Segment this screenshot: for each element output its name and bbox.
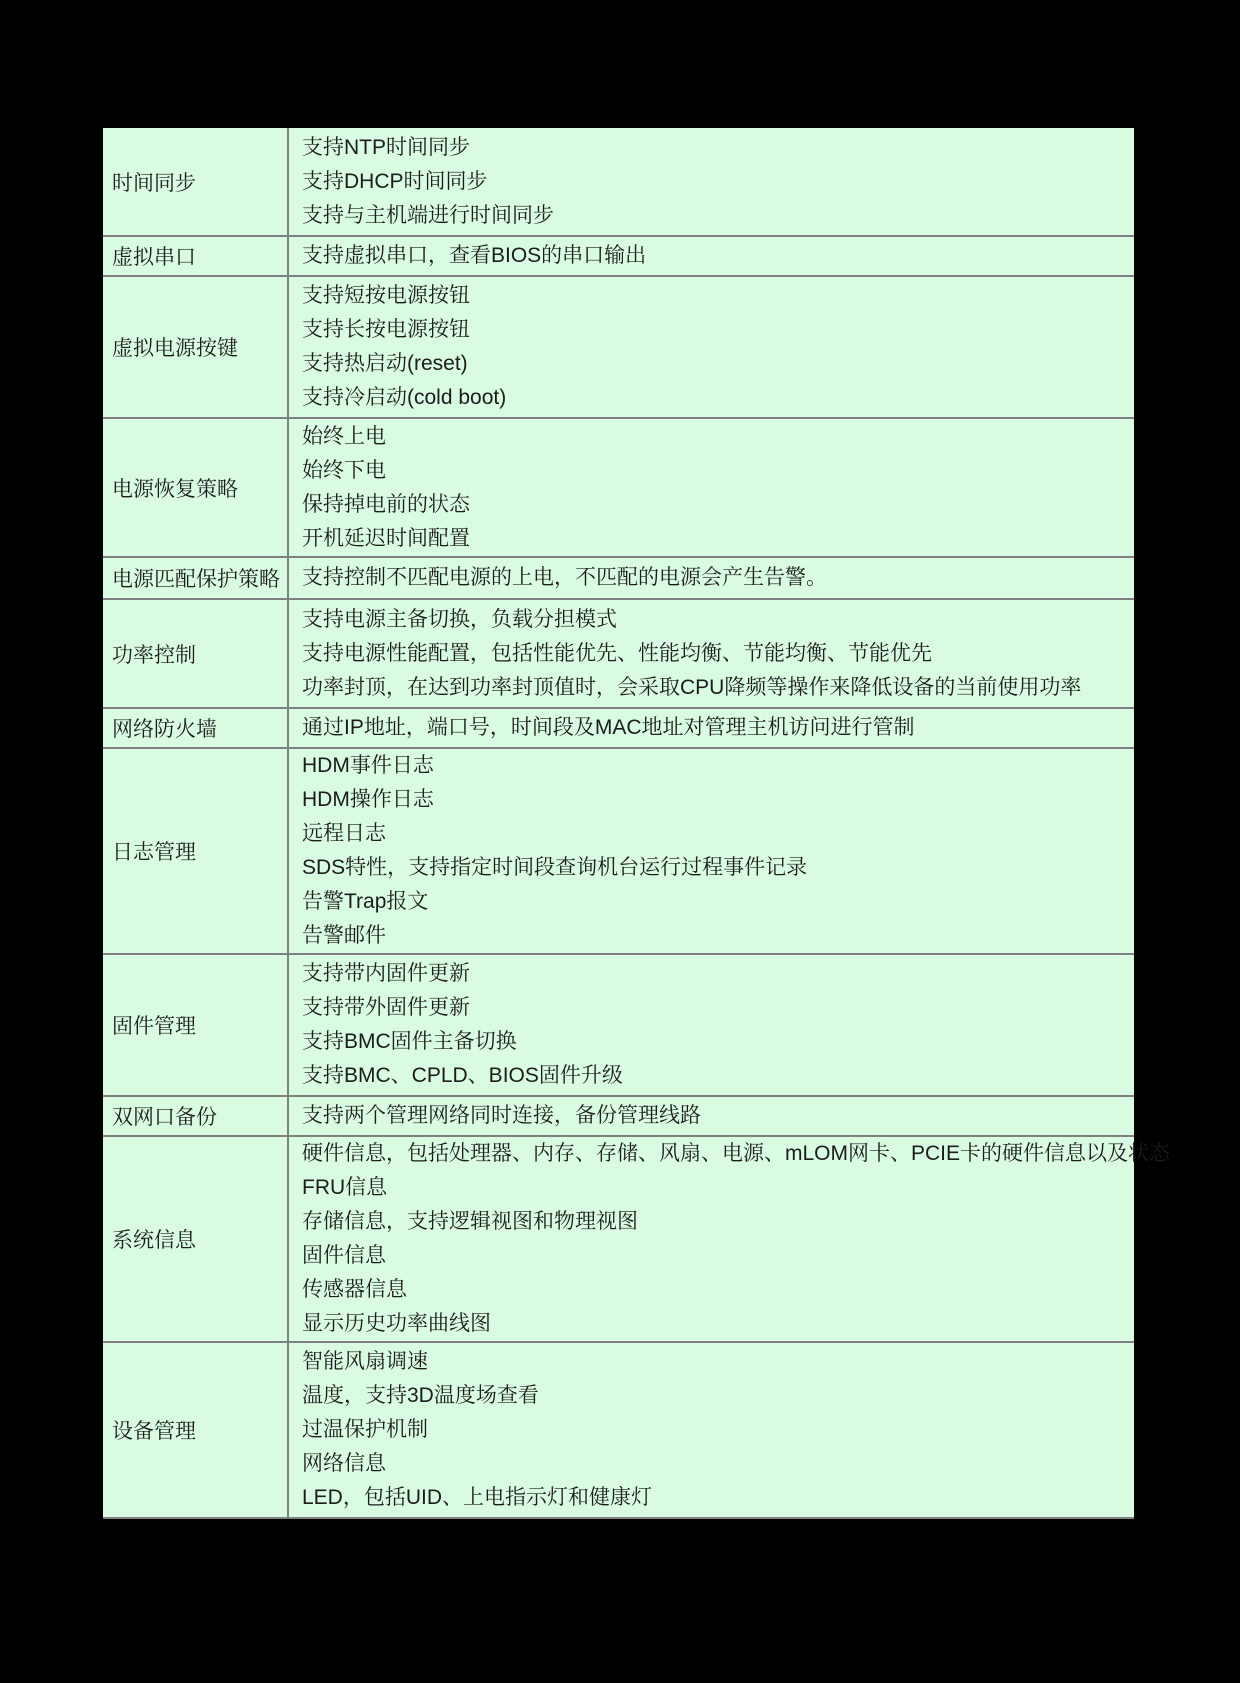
table-row: 时间同步 支持NTP时间同步支持DHCP时间同步支持与主机端进行时间同步 (103, 128, 1134, 237)
table-row: 系统信息 硬件信息，包括处理器、内存、存储、风扇、电源、mLOM网卡、PCIE卡… (103, 1137, 1134, 1343)
feature-line: 智能风扇调速 (302, 1345, 1126, 1379)
feature-line: 支持与主机端进行时间同步 (302, 199, 1126, 233)
feature-detail-cell: HDM事件日志HDM操作日志远程日志SDS特性，支持指定时间段查询机台运行过程事… (289, 749, 1134, 953)
feature-name-cell: 电源匹配保护策略 (103, 558, 289, 598)
table-row: 网络防火墙 通过IP地址，端口号，时间段及MAC地址对管理主机访问进行管制 (103, 709, 1134, 749)
feature-line: 支持热启动(reset) (302, 347, 1126, 381)
feature-detail-cell: 支持短按电源按钮支持长按电源按钮支持热启动(reset)支持冷启动(cold b… (289, 277, 1134, 417)
feature-name-cell: 电源恢复策略 (103, 419, 289, 556)
table-row: 电源匹配保护策略 支持控制不匹配电源的上电，不匹配的电源会产生告警。 (103, 558, 1134, 600)
table-row: 虚拟电源按键 支持短按电源按钮支持长按电源按钮支持热启动(reset)支持冷启动… (103, 277, 1134, 419)
feature-line: 开机延迟时间配置 (302, 522, 1126, 556)
feature-detail-cell: 硬件信息，包括处理器、内存、存储、风扇、电源、mLOM网卡、PCIE卡的硬件信息… (289, 1137, 1178, 1341)
feature-line: 功率封顶，在达到功率封顶值时，会采取CPU降频等操作来降低设备的当前使用功率 (302, 671, 1126, 705)
feature-detail-cell: 支持带内固件更新支持带外固件更新支持BMC固件主备切换支持BMC、CPLD、BI… (289, 955, 1134, 1095)
feature-detail-cell: 支持NTP时间同步支持DHCP时间同步支持与主机端进行时间同步 (289, 128, 1134, 235)
feature-line: 告警邮件 (302, 919, 1126, 953)
table-row: 功率控制 支持电源主备切换，负载分担模式支持电源性能配置，包括性能优先、性能均衡… (103, 600, 1134, 709)
feature-line: 支持BMC、CPLD、BIOS固件升级 (302, 1059, 1126, 1093)
feature-line: 支持长按电源按钮 (302, 313, 1126, 347)
feature-name-cell: 时间同步 (103, 128, 289, 235)
feature-line: 支持电源主备切换，负载分担模式 (302, 603, 1126, 637)
feature-line: LED，包括UID、上电指示灯和健康灯 (302, 1481, 1126, 1515)
feature-line: 支持冷启动(cold boot) (302, 381, 1126, 415)
feature-line: 支持电源性能配置，包括性能优先、性能均衡、节能均衡、节能优先 (302, 637, 1126, 671)
feature-name-cell: 网络防火墙 (103, 709, 289, 747)
feature-line: 支持DHCP时间同步 (302, 165, 1126, 199)
feature-line: 支持两个管理网络同时连接，备份管理线路 (302, 1099, 1126, 1133)
feature-line: 硬件信息，包括处理器、内存、存储、风扇、电源、mLOM网卡、PCIE卡的硬件信息… (302, 1137, 1170, 1171)
feature-detail-cell: 通过IP地址，端口号，时间段及MAC地址对管理主机访问进行管制 (289, 709, 1134, 747)
feature-name-cell: 虚拟电源按键 (103, 277, 289, 417)
feature-line: 始终上电 (302, 420, 1126, 454)
feature-line: 支持短按电源按钮 (302, 279, 1126, 313)
feature-line: 支持带内固件更新 (302, 957, 1126, 991)
feature-line: 传感器信息 (302, 1273, 1170, 1307)
feature-line: 远程日志 (302, 817, 1126, 851)
feature-name-cell: 虚拟串口 (103, 237, 289, 275)
table-row: 固件管理 支持带内固件更新支持带外固件更新支持BMC固件主备切换支持BMC、CP… (103, 955, 1134, 1097)
feature-line: FRU信息 (302, 1171, 1170, 1205)
table-row: 设备管理 智能风扇调速温度，支持3D温度场查看过温保护机制网络信息LED，包括U… (103, 1343, 1134, 1517)
feature-name-cell: 固件管理 (103, 955, 289, 1095)
feature-detail-cell: 智能风扇调速温度，支持3D温度场查看过温保护机制网络信息LED，包括UID、上电… (289, 1343, 1134, 1517)
feature-line: 显示历史功率曲线图 (302, 1307, 1170, 1341)
feature-name-cell: 系统信息 (103, 1137, 289, 1341)
table-row: 日志管理 HDM事件日志HDM操作日志远程日志SDS特性，支持指定时间段查询机台… (103, 749, 1134, 955)
feature-line: 过温保护机制 (302, 1413, 1126, 1447)
feature-line: 存储信息，支持逻辑视图和物理视图 (302, 1205, 1170, 1239)
feature-line: 温度，支持3D温度场查看 (302, 1379, 1126, 1413)
feature-line: 固件信息 (302, 1239, 1170, 1273)
table-row: 电源恢复策略 始终上电始终下电保持掉电前的状态开机延迟时间配置 (103, 419, 1134, 558)
feature-detail-cell: 始终上电始终下电保持掉电前的状态开机延迟时间配置 (289, 419, 1134, 556)
feature-name-cell: 功率控制 (103, 600, 289, 707)
feature-line: HDM操作日志 (302, 783, 1126, 817)
feature-line: 支持BMC固件主备切换 (302, 1025, 1126, 1059)
feature-line: 通过IP地址，端口号，时间段及MAC地址对管理主机访问进行管制 (302, 711, 1126, 745)
feature-name-cell: 双网口备份 (103, 1097, 289, 1135)
feature-line: 支持控制不匹配电源的上电，不匹配的电源会产生告警。 (302, 561, 1126, 595)
feature-name-cell: 设备管理 (103, 1343, 289, 1517)
table-row: 虚拟串口 支持虚拟串口，查看BIOS的串口输出 (103, 237, 1134, 277)
feature-detail-cell: 支持控制不匹配电源的上电，不匹配的电源会产生告警。 (289, 558, 1134, 598)
feature-detail-cell: 支持虚拟串口，查看BIOS的串口输出 (289, 237, 1134, 275)
feature-spec-table: 时间同步 支持NTP时间同步支持DHCP时间同步支持与主机端进行时间同步 虚拟串… (103, 128, 1134, 1519)
feature-line: 保持掉电前的状态 (302, 488, 1126, 522)
feature-line: 支持带外固件更新 (302, 991, 1126, 1025)
feature-line: 支持虚拟串口，查看BIOS的串口输出 (302, 239, 1126, 273)
feature-line: 支持NTP时间同步 (302, 131, 1126, 165)
feature-line: SDS特性，支持指定时间段查询机台运行过程事件记录 (302, 851, 1126, 885)
feature-line: 网络信息 (302, 1447, 1126, 1481)
table-row: 双网口备份 支持两个管理网络同时连接，备份管理线路 (103, 1097, 1134, 1137)
feature-detail-cell: 支持电源主备切换，负载分担模式支持电源性能配置，包括性能优先、性能均衡、节能均衡… (289, 600, 1134, 707)
feature-line: 告警Trap报文 (302, 885, 1126, 919)
feature-detail-cell: 支持两个管理网络同时连接，备份管理线路 (289, 1097, 1134, 1135)
feature-line: 始终下电 (302, 454, 1126, 488)
feature-line: HDM事件日志 (302, 749, 1126, 783)
feature-name-cell: 日志管理 (103, 749, 289, 953)
